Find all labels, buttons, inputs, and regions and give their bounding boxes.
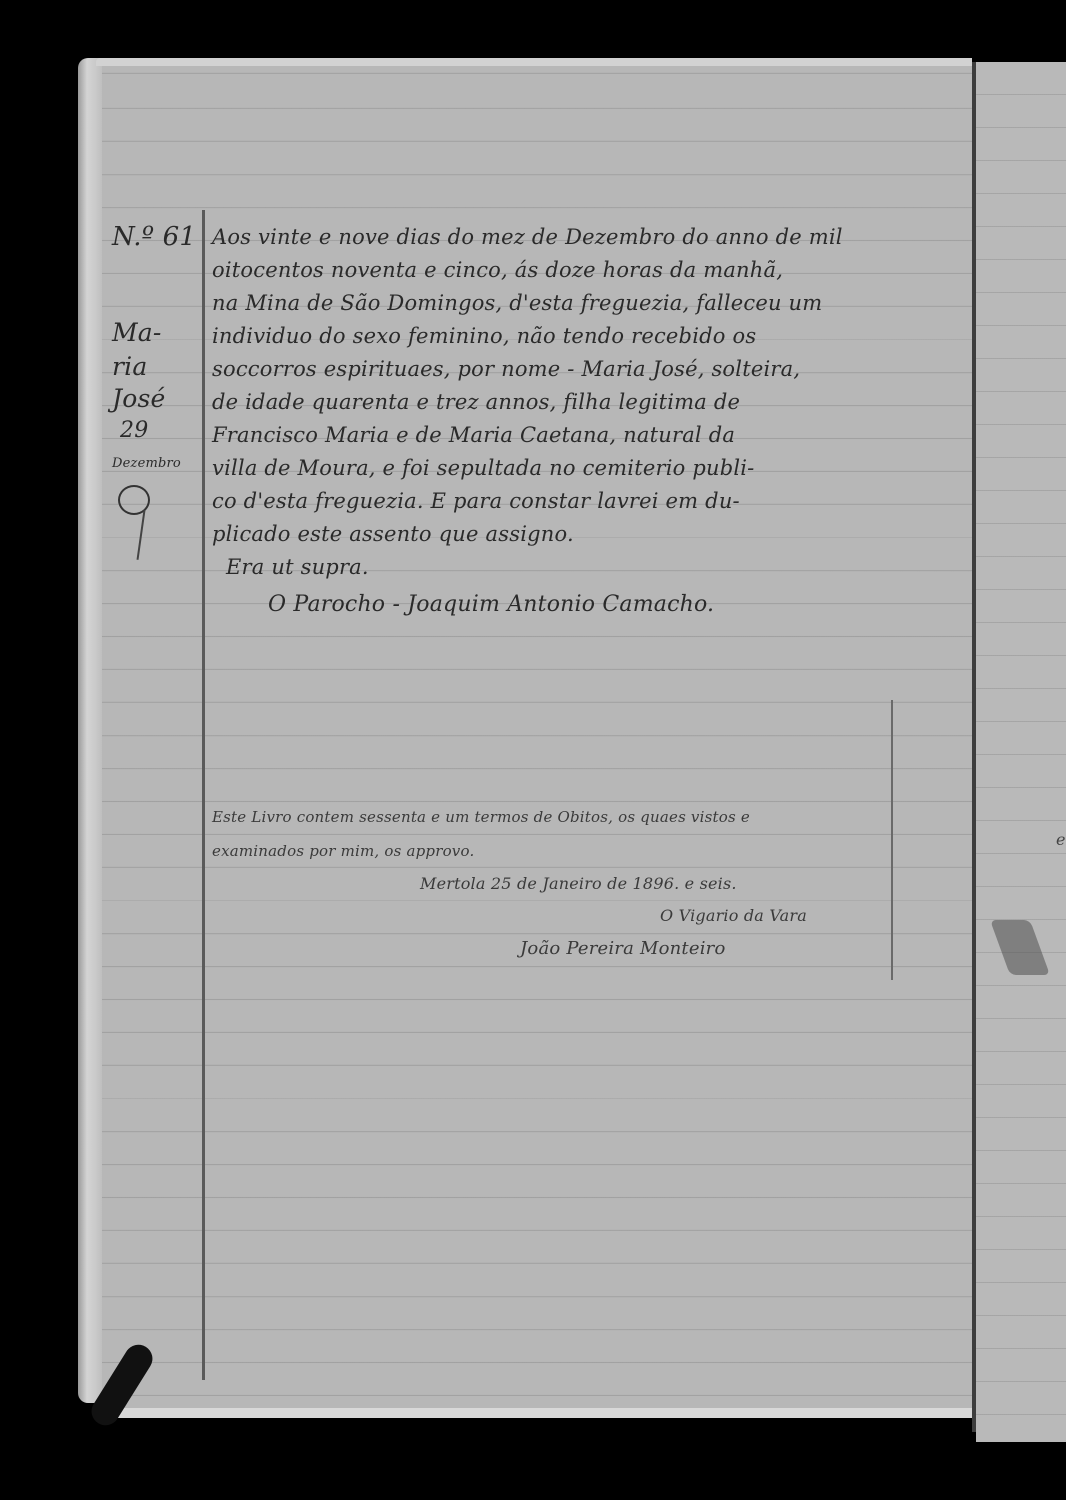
entry-number: N.º 61	[112, 222, 196, 252]
closing-place-date: Mertola 25 de Janeiro de 1896. e seis.	[420, 874, 737, 893]
vicar-signature: João Pereira Monteiro	[520, 938, 726, 959]
margin-name-line-3: José	[112, 384, 166, 413]
margin-name-line-1: Ma-	[112, 318, 162, 347]
facing-page-mark: e	[1056, 830, 1065, 849]
entry-line-10: plicado este assento que assigno.	[212, 522, 574, 546]
page-bottom-edge	[112, 1408, 972, 1418]
closing-line-2: examinados por mim, os approvo.	[212, 842, 474, 860]
era-ut-supra: Era ut supra.	[226, 555, 369, 579]
entry-line-4: individuo do sexo feminino, não tendo re…	[212, 324, 756, 348]
entry-line-9: co d'esta freguezia. E para constar lavr…	[212, 489, 740, 513]
margin-rule	[202, 210, 205, 1380]
entry-line-5: soccorros espirituaes, por nome - Maria …	[212, 357, 800, 381]
entry-line-3: na Mina de São Domingos, d'esta freguezi…	[212, 291, 822, 315]
margin-name-line-2: ria	[112, 352, 147, 381]
margin-date-month: Dezembro	[112, 456, 181, 471]
facing-page	[976, 62, 1066, 1442]
entry-line-2: oitocentos noventa e cinco, ás doze hora…	[212, 258, 783, 282]
entry-line-1: Aos vinte e nove dias do mez de Dezembro…	[212, 225, 843, 249]
right-rule	[891, 700, 893, 980]
margin-date-day: 29	[120, 418, 148, 443]
parish-priest-signature: O Parocho - Joaquim Antonio Camacho.	[268, 592, 714, 617]
page-top-edge	[96, 58, 972, 66]
entry-line-7: Francisco Maria e de Maria Caetana, natu…	[212, 423, 735, 447]
scanned-register-spread: e N.º 61 Ma- ria José 29 Dezembro Aos vi…	[0, 0, 1066, 1500]
entry-line-8: villa de Moura, e foi sepultada no cemit…	[212, 456, 754, 480]
entry-line-6: de idade quarenta e trez annos, filha le…	[212, 390, 740, 414]
closing-title: O Vigario da Vara	[660, 906, 807, 925]
closing-line-1: Este Livro contem sessenta e um termos d…	[212, 808, 750, 826]
